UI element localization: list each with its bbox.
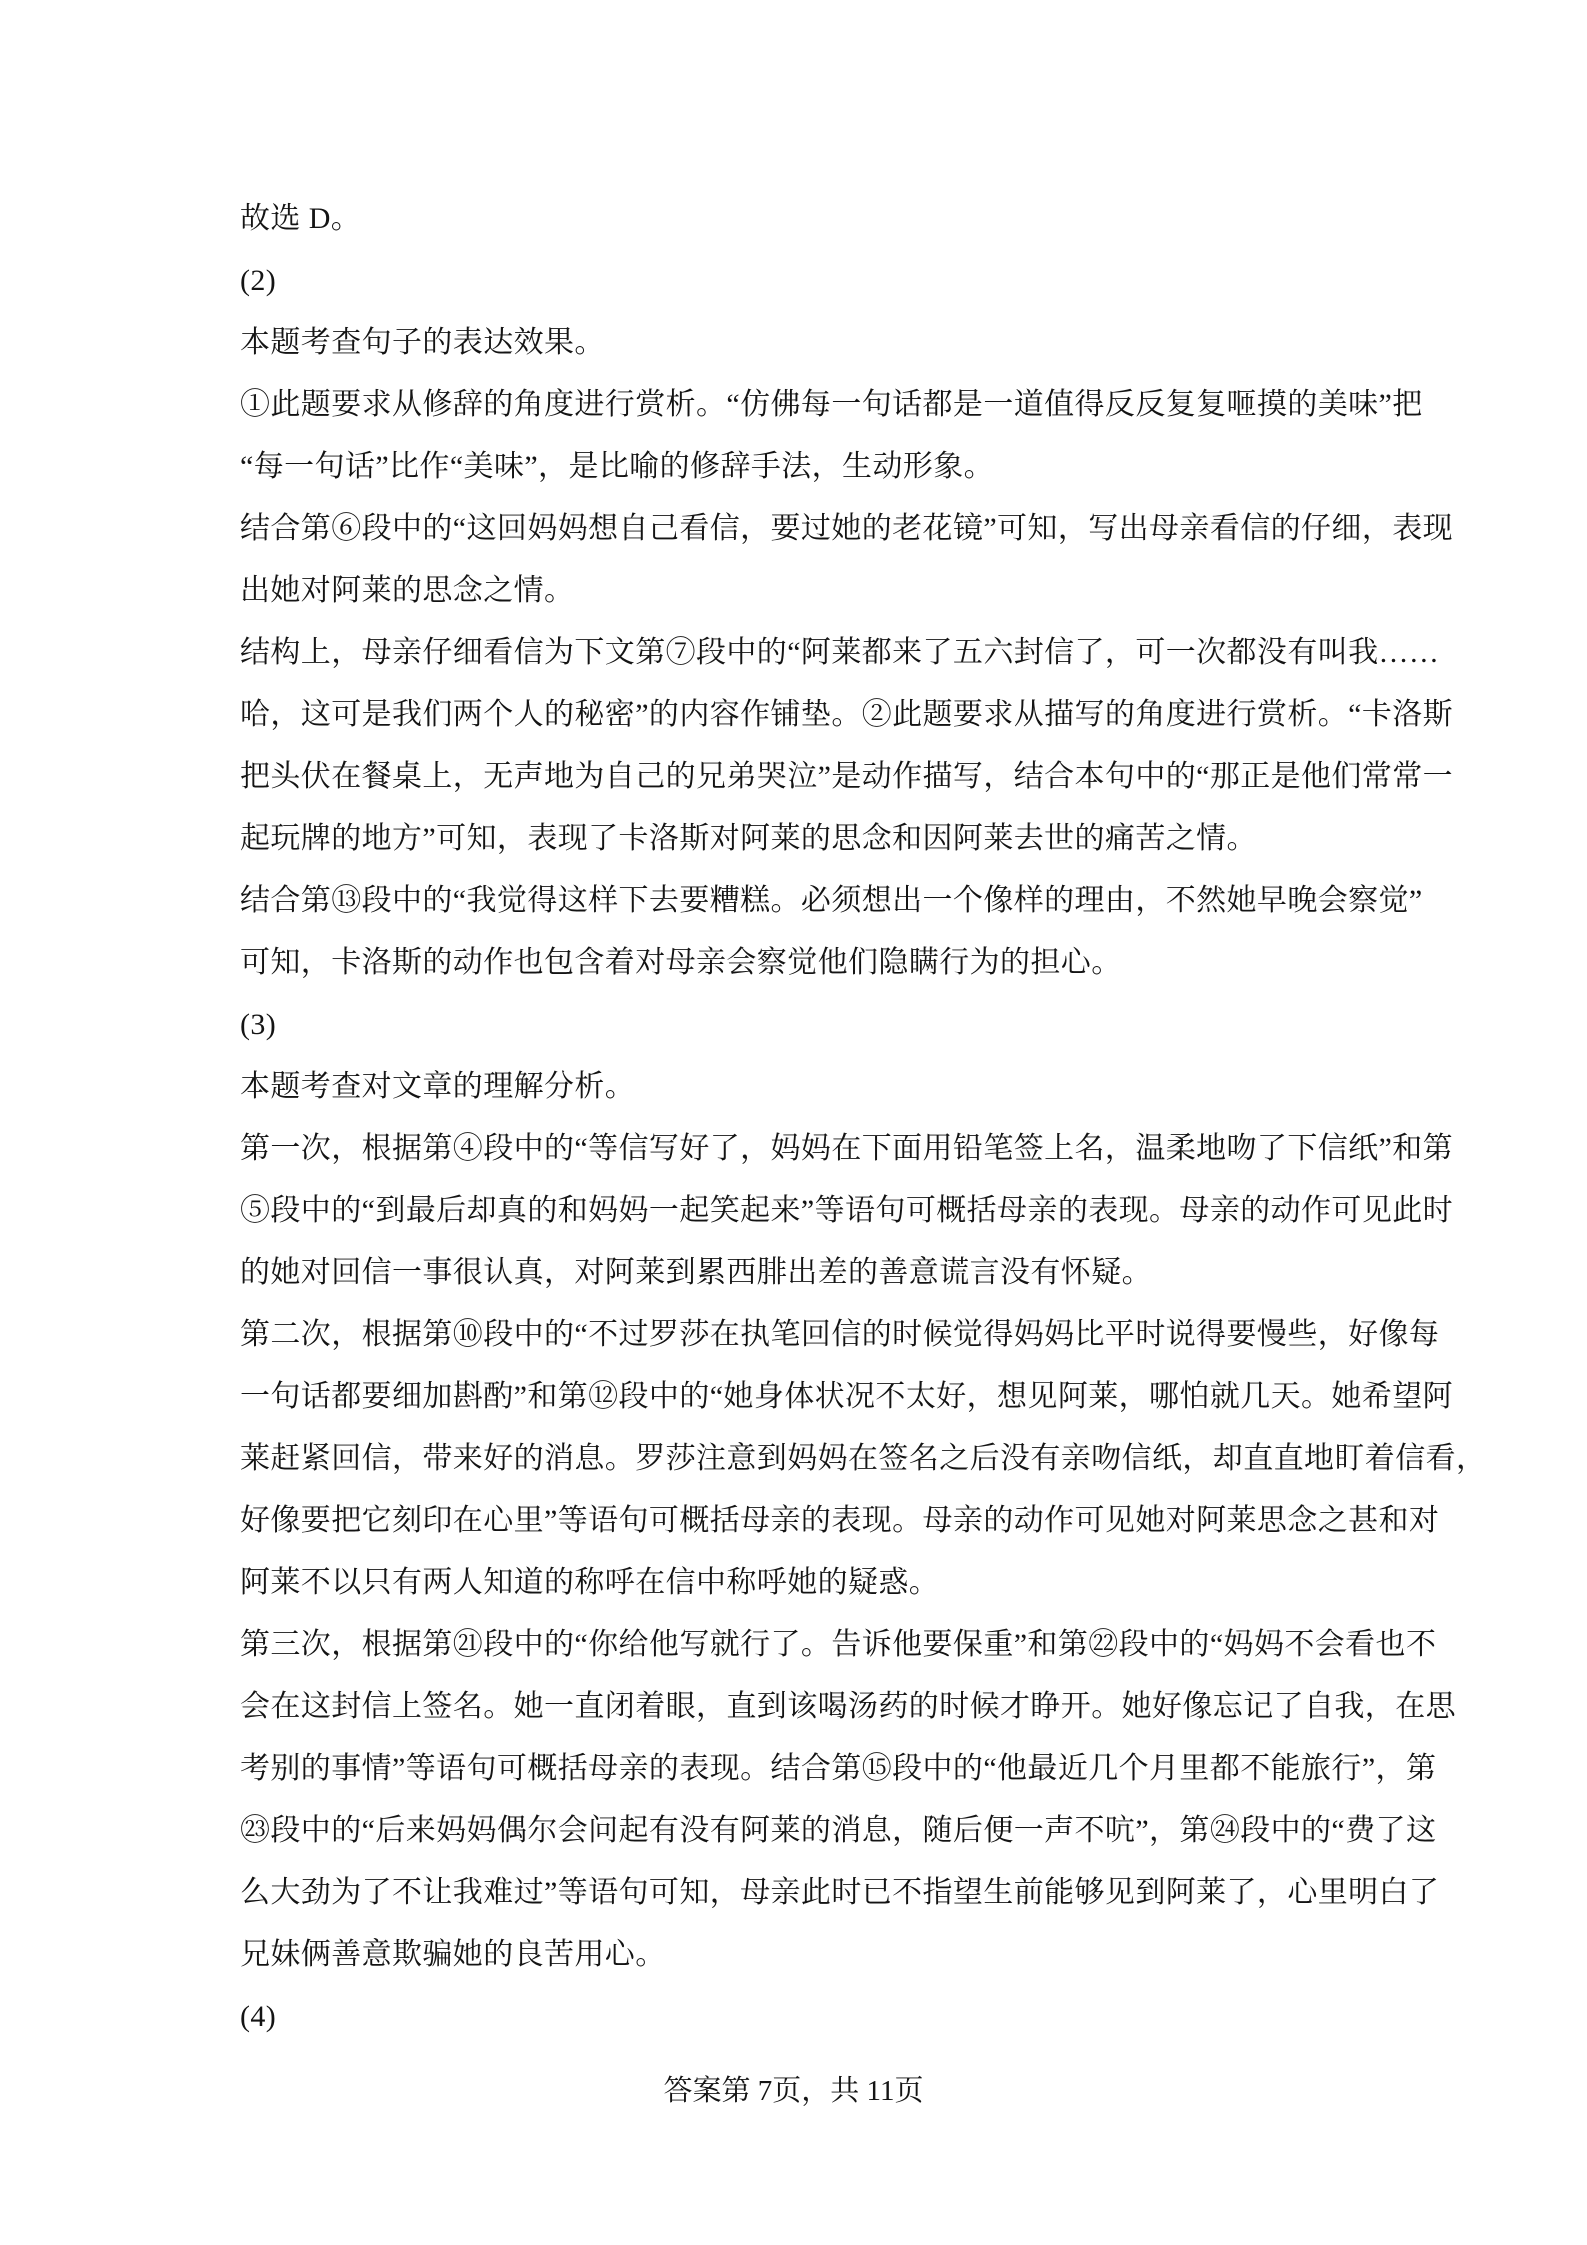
text-line: ①此题要求从修辞的角度进行赏析。“仿佛每一句话都是一道值得反反复复咂摸的美味”把	[240, 374, 1430, 436]
text-line: (2)	[240, 250, 1430, 312]
text-line: 第三次，根据第㉑段中的“你给他写就行了。告诉他要保重”和第㉒段中的“妈妈不会看也…	[240, 1614, 1430, 1676]
text-line: 可知，卡洛斯的动作也包含着对母亲会察觉他们隐瞒行为的担心。	[240, 932, 1430, 994]
text-line: ㉓段中的“后来妈妈偶尔会问起有没有阿莱的消息，随后便一声不吭”，第㉔段中的“费了…	[240, 1800, 1430, 1862]
text-line: 本题考查句子的表达效果。	[240, 312, 1430, 374]
text-line: 莱赶紧回信，带来好的消息。罗莎注意到妈妈在签名之后没有亲吻信纸，却直直地盯着信看…	[240, 1428, 1430, 1490]
text-line: 考别的事情”等语句可概括母亲的表现。结合第⑮段中的“他最近几个月里都不能旅行”，…	[240, 1738, 1430, 1800]
text-line: 起玩牌的地方”可知，表现了卡洛斯对阿莱的思念和因阿莱去世的痛苦之情。	[240, 808, 1430, 870]
text-line: 的她对回信一事很认真，对阿莱到累西腓出差的善意谎言没有怀疑。	[240, 1242, 1430, 1304]
text-line: 会在这封信上签名。她一直闭着眼，直到该喝汤药的时候才睁开。她好像忘记了自我，在思	[240, 1676, 1430, 1738]
document-page: 故选 D。 (2) 本题考查句子的表达效果。 ①此题要求从修辞的角度进行赏析。“…	[0, 0, 1587, 2245]
text-line: 结合第⑥段中的“这回妈妈想自己看信，要过她的老花镜”可知，写出母亲看信的仔细，表…	[240, 498, 1430, 560]
page-footer: 答案第 7页，共 11页	[0, 2060, 1587, 2122]
answer-text-block: 故选 D。 (2) 本题考查句子的表达效果。 ①此题要求从修辞的角度进行赏析。“…	[240, 188, 1430, 2048]
text-line: 第二次，根据第⑩段中的“不过罗莎在执笔回信的时候觉得妈妈比平时说得要慢些，好像每	[240, 1304, 1430, 1366]
text-line: 结合第⑬段中的“我觉得这样下去要糟糕。必须想出一个像样的理由，不然她早晚会察觉”	[240, 870, 1430, 932]
text-line: “每一句话”比作“美味”，是比喻的修辞手法，生动形象。	[240, 436, 1430, 498]
text-line: (4)	[240, 1986, 1430, 2048]
text-line: 本题考查对文章的理解分析。	[240, 1056, 1430, 1118]
text-line: 么大劲为了不让我难过”等语句可知，母亲此时已不指望生前能够见到阿莱了，心里明白了	[240, 1862, 1430, 1924]
text-line: 故选 D。	[240, 188, 1430, 250]
text-line: 把头伏在餐桌上，无声地为自己的兄弟哭泣”是动作描写，结合本句中的“那正是他们常常…	[240, 746, 1430, 808]
text-line: (3)	[240, 994, 1430, 1056]
text-line: 阿莱不以只有两人知道的称呼在信中称呼她的疑惑。	[240, 1552, 1430, 1614]
text-line: 兄妹俩善意欺骗她的良苦用心。	[240, 1924, 1430, 1986]
text-line: ⑤段中的“到最后却真的和妈妈一起笑起来”等语句可概括母亲的表现。母亲的动作可见此…	[240, 1180, 1430, 1242]
text-line: 一句话都要细加斟酌”和第⑫段中的“她身体状况不太好，想见阿莱，哪怕就几天。她希望…	[240, 1366, 1430, 1428]
text-line: 结构上，母亲仔细看信为下文第⑦段中的“阿莱都来了五六封信了，可一次都没有叫我……	[240, 622, 1430, 684]
text-line: 第一次，根据第④段中的“等信写好了，妈妈在下面用铅笔签上名，温柔地吻了下信纸”和…	[240, 1118, 1430, 1180]
text-line: 出她对阿莱的思念之情。	[240, 560, 1430, 622]
text-line: 好像要把它刻印在心里”等语句可概括母亲的表现。母亲的动作可见她对阿莱思念之甚和对	[240, 1490, 1430, 1552]
text-line: 哈，这可是我们两个人的秘密”的内容作铺垫。②此题要求从描写的角度进行赏析。“卡洛…	[240, 684, 1430, 746]
